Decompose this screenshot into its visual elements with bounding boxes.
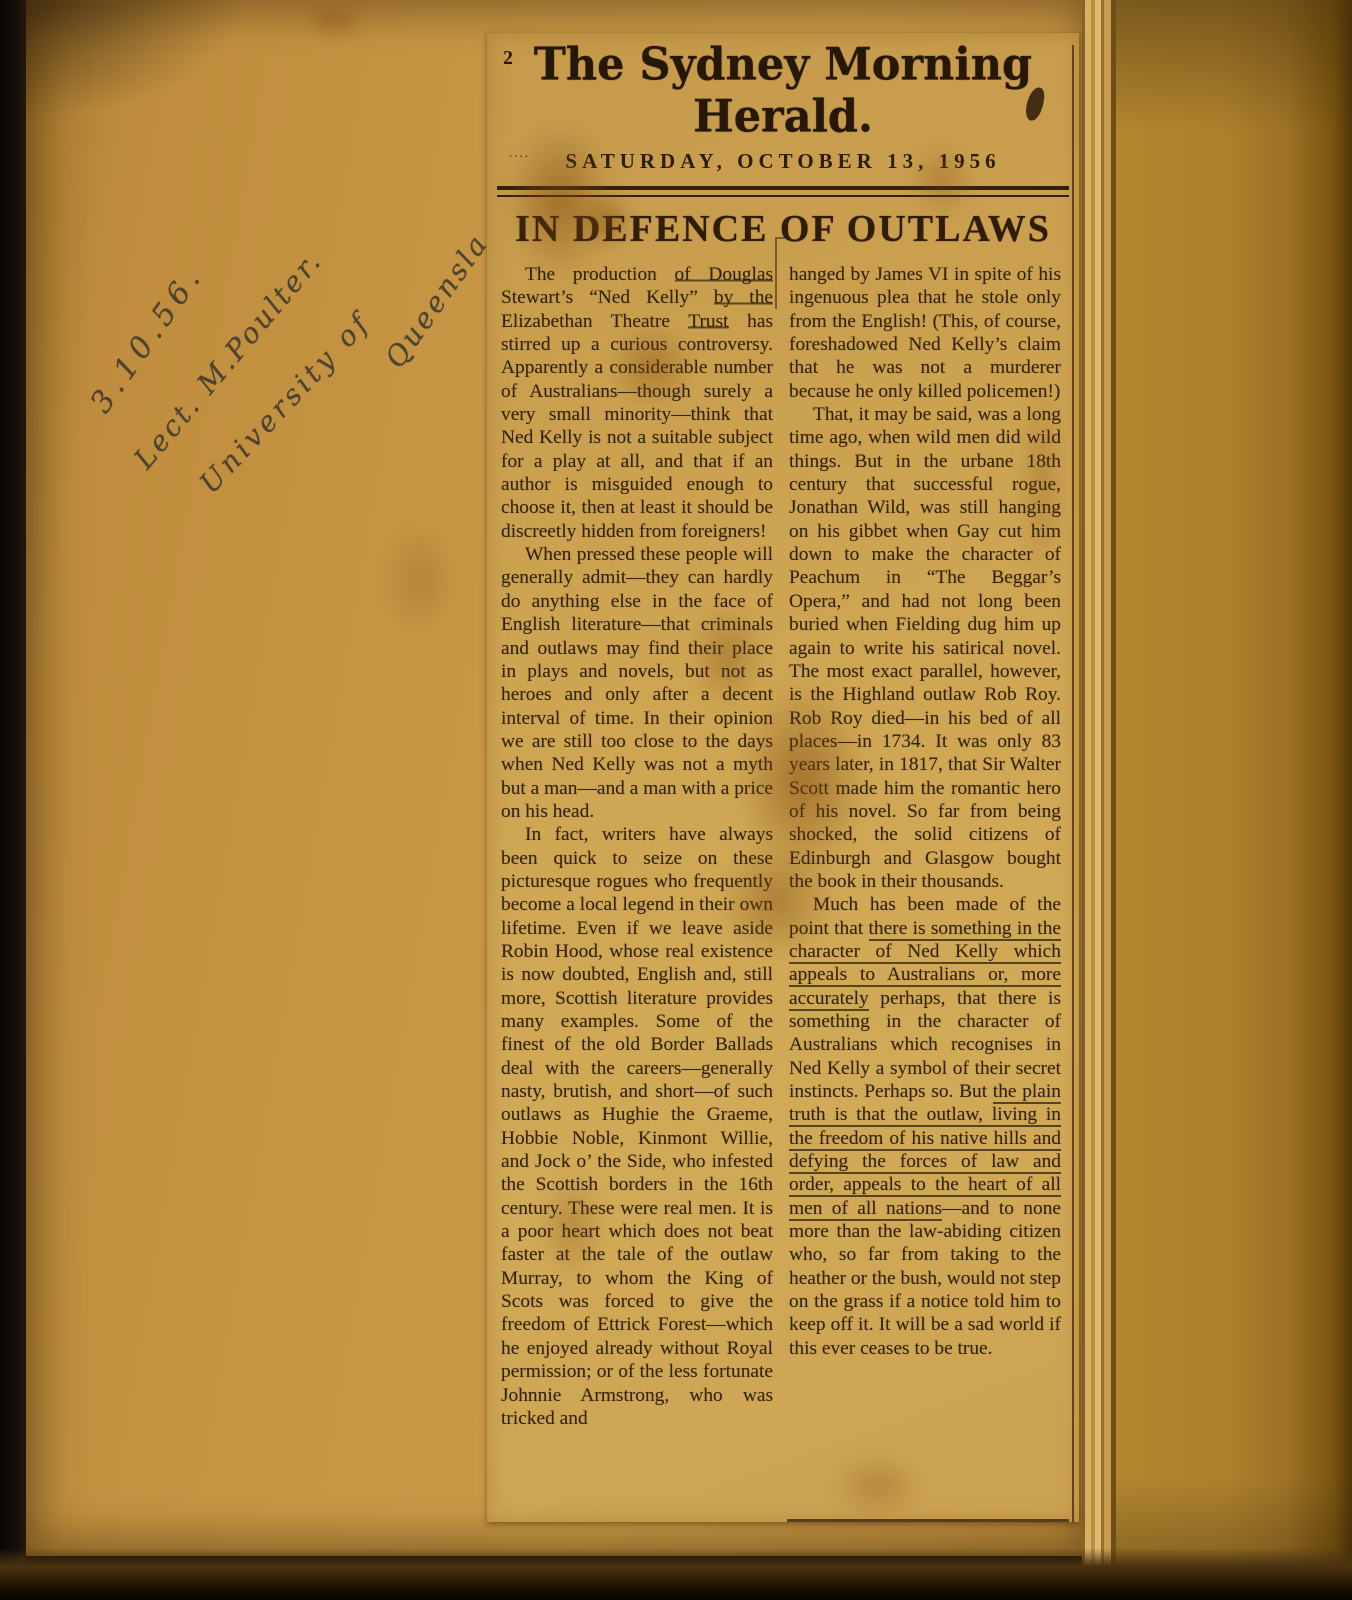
stain xyxy=(1017,371,1067,591)
book-edge-left xyxy=(0,0,26,1600)
stain xyxy=(607,321,697,411)
stain xyxy=(687,601,767,711)
column-rule xyxy=(1072,45,1074,1522)
article-text: —and to none more than the law-abiding c… xyxy=(789,1198,1061,1359)
article-paragraph: Much has been made of the point that the… xyxy=(789,893,1061,1360)
stain xyxy=(577,191,637,251)
ink-bracket-mark xyxy=(775,237,791,309)
marked-text: Trust xyxy=(688,311,728,332)
article-text: Stewart’s “Ned Kelly” xyxy=(501,287,714,308)
stain xyxy=(907,141,977,221)
facing-page xyxy=(1116,0,1352,1600)
newspaper-clipping: 2 The Sydney Morning Herald. SATURDAY, O… xyxy=(487,33,1079,1522)
stain xyxy=(717,841,837,961)
book-gutter xyxy=(1082,0,1116,1600)
stain xyxy=(537,1171,607,1281)
article-end-rule xyxy=(787,1519,1069,1522)
marked-text: of Douglas xyxy=(675,264,773,285)
corner-shadow xyxy=(26,0,246,120)
scrapbook-scan: 3.10.56. Lect. M.Poulter. University of … xyxy=(0,0,1352,1600)
stain xyxy=(380,520,460,640)
marked-text: by the xyxy=(714,287,773,308)
article-text: hanged by James VI in spite of his ingen… xyxy=(789,264,1061,402)
book-edge-bottom xyxy=(0,1548,1352,1600)
stain xyxy=(827,1451,927,1521)
stain xyxy=(300,0,370,40)
article-paragraph: hanged by James VI in spite of his ingen… xyxy=(789,263,1061,403)
